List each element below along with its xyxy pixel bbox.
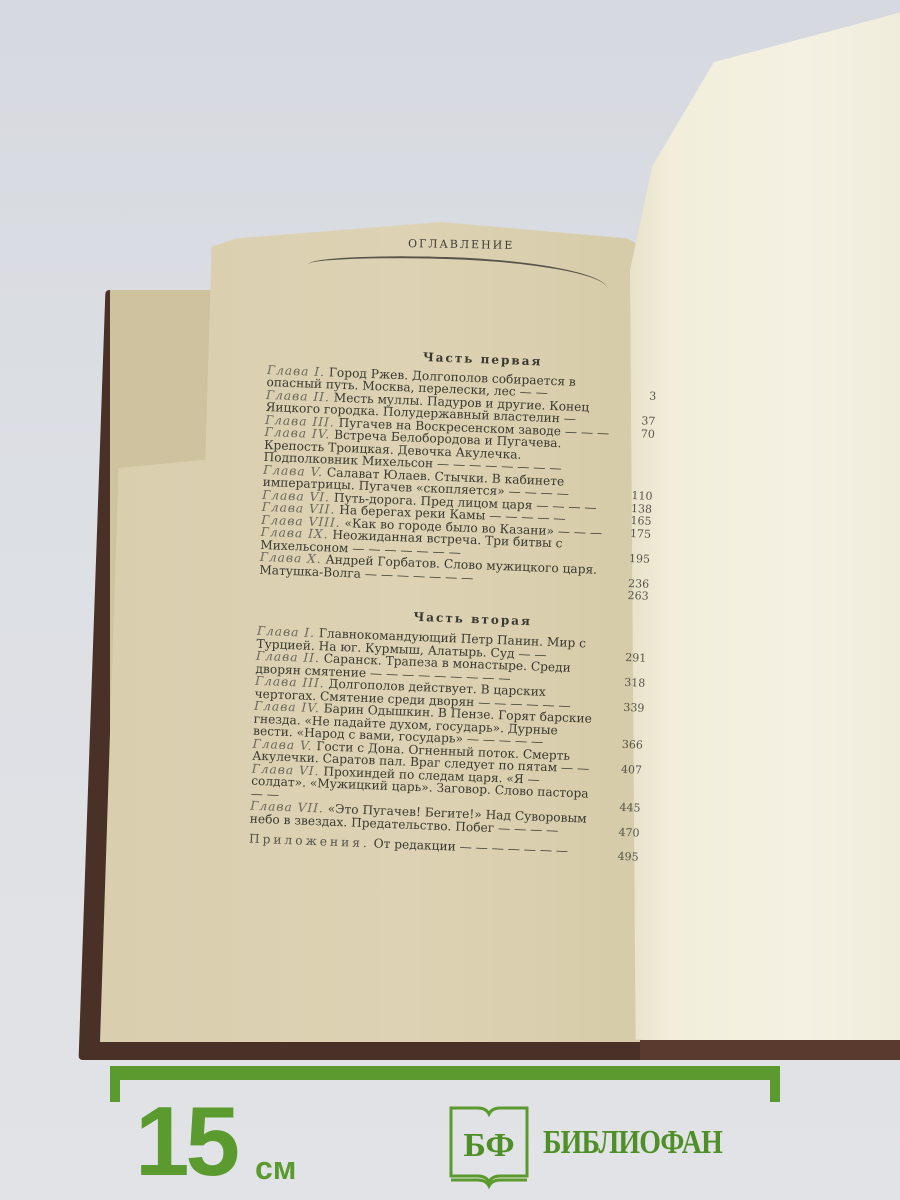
page-number: 3	[649, 391, 656, 404]
page-number: 407	[621, 764, 642, 777]
size-value: 15	[135, 1092, 236, 1190]
page-number: 445	[619, 801, 640, 814]
page-number: 339	[623, 701, 644, 714]
book-spine-edge	[640, 1040, 900, 1060]
page-number: 495	[617, 851, 638, 864]
page-number: 175	[630, 528, 651, 541]
running-head: ОГЛАВЛЕНИЕ	[408, 237, 515, 252]
page-number: 318	[624, 676, 645, 689]
table-of-contents: Часть первая Глава I. Город Ржев. Долгоп…	[249, 345, 658, 860]
right-page	[630, 10, 900, 1050]
page-number: 263	[627, 590, 648, 603]
page-number: 195	[629, 553, 650, 566]
page-number: 291	[625, 651, 646, 664]
page-number: 470	[618, 826, 639, 839]
page-number: 366	[622, 739, 643, 752]
ruler-bar	[110, 1066, 780, 1080]
size-unit: см	[255, 1150, 296, 1187]
page-number: 37	[641, 415, 655, 428]
brand-name: БИБЛИОФАН	[543, 1124, 722, 1162]
open-book-logo-icon: БФ	[448, 1104, 530, 1190]
page-number: 70	[641, 428, 655, 441]
ruler-tick-left	[110, 1066, 120, 1102]
logo-letters: БФ	[463, 1127, 514, 1164]
ruler-tick-right	[770, 1066, 780, 1102]
